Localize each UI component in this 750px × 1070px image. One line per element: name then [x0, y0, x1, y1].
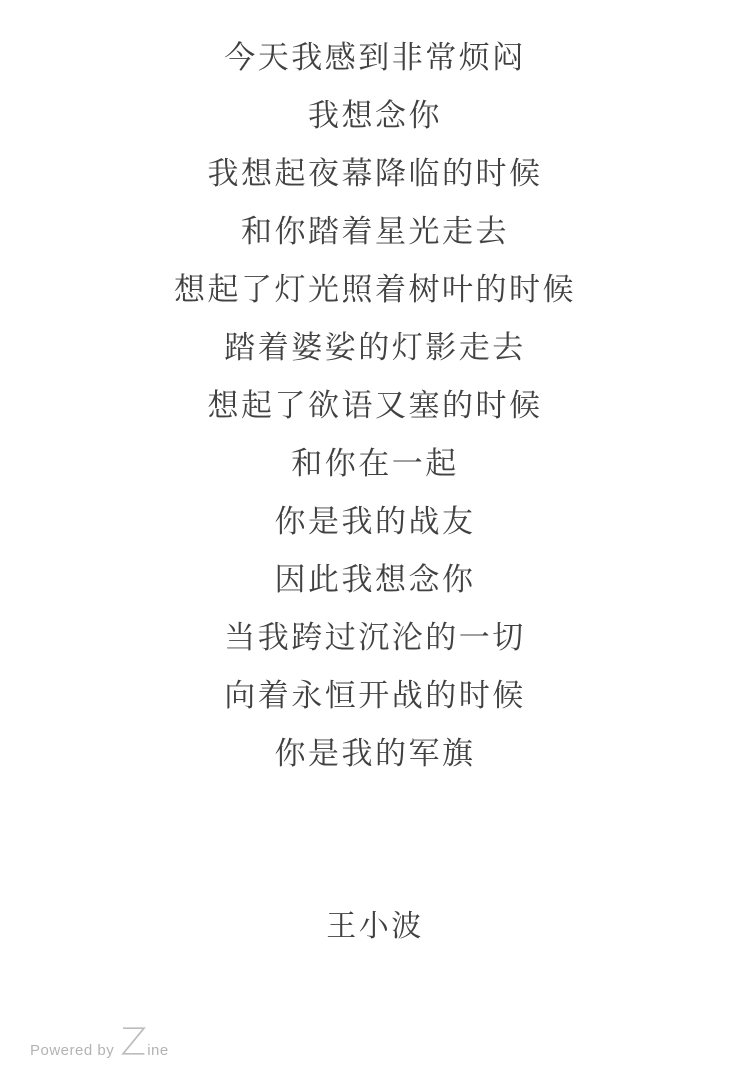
powered-by-label: Powered by [30, 1042, 114, 1059]
poem-line: 和你踏着星光走去 [0, 203, 750, 261]
poem-line: 因此我想念你 [0, 551, 750, 609]
poem-line: 当我跨过沉沦的一切 [0, 609, 750, 667]
poem-page: 今天我感到非常烦闷 我想念你 我想起夜幕降临的时候 和你踏着星光走去 想起了灯光… [0, 0, 750, 1070]
poem-author: 王小波 [0, 911, 750, 943]
zine-brand-rest: ine [147, 1042, 169, 1059]
poem-line: 和你在一起 [0, 435, 750, 493]
poem-line: 想起了欲语又塞的时候 [0, 377, 750, 435]
poem-line: 我想起夜幕降临的时候 [0, 145, 750, 203]
watermark: Powered by ine [30, 1027, 169, 1059]
poem-line: 我想念你 [0, 87, 750, 145]
poem-line: 向着永恒开战的时候 [0, 667, 750, 725]
poem-body: 今天我感到非常烦闷 我想念你 我想起夜幕降临的时候 和你踏着星光走去 想起了灯光… [0, 29, 750, 783]
poem-line: 踏着婆娑的灯影走去 [0, 319, 750, 377]
poem-line: 想起了灯光照着树叶的时候 [0, 261, 750, 319]
poem-line: 今天我感到非常烦闷 [0, 29, 750, 87]
zine-z-icon [121, 1027, 146, 1055]
poem-line: 你是我的战友 [0, 493, 750, 551]
poem-line: 你是我的军旗 [0, 725, 750, 783]
zine-logo: ine [121, 1027, 169, 1059]
